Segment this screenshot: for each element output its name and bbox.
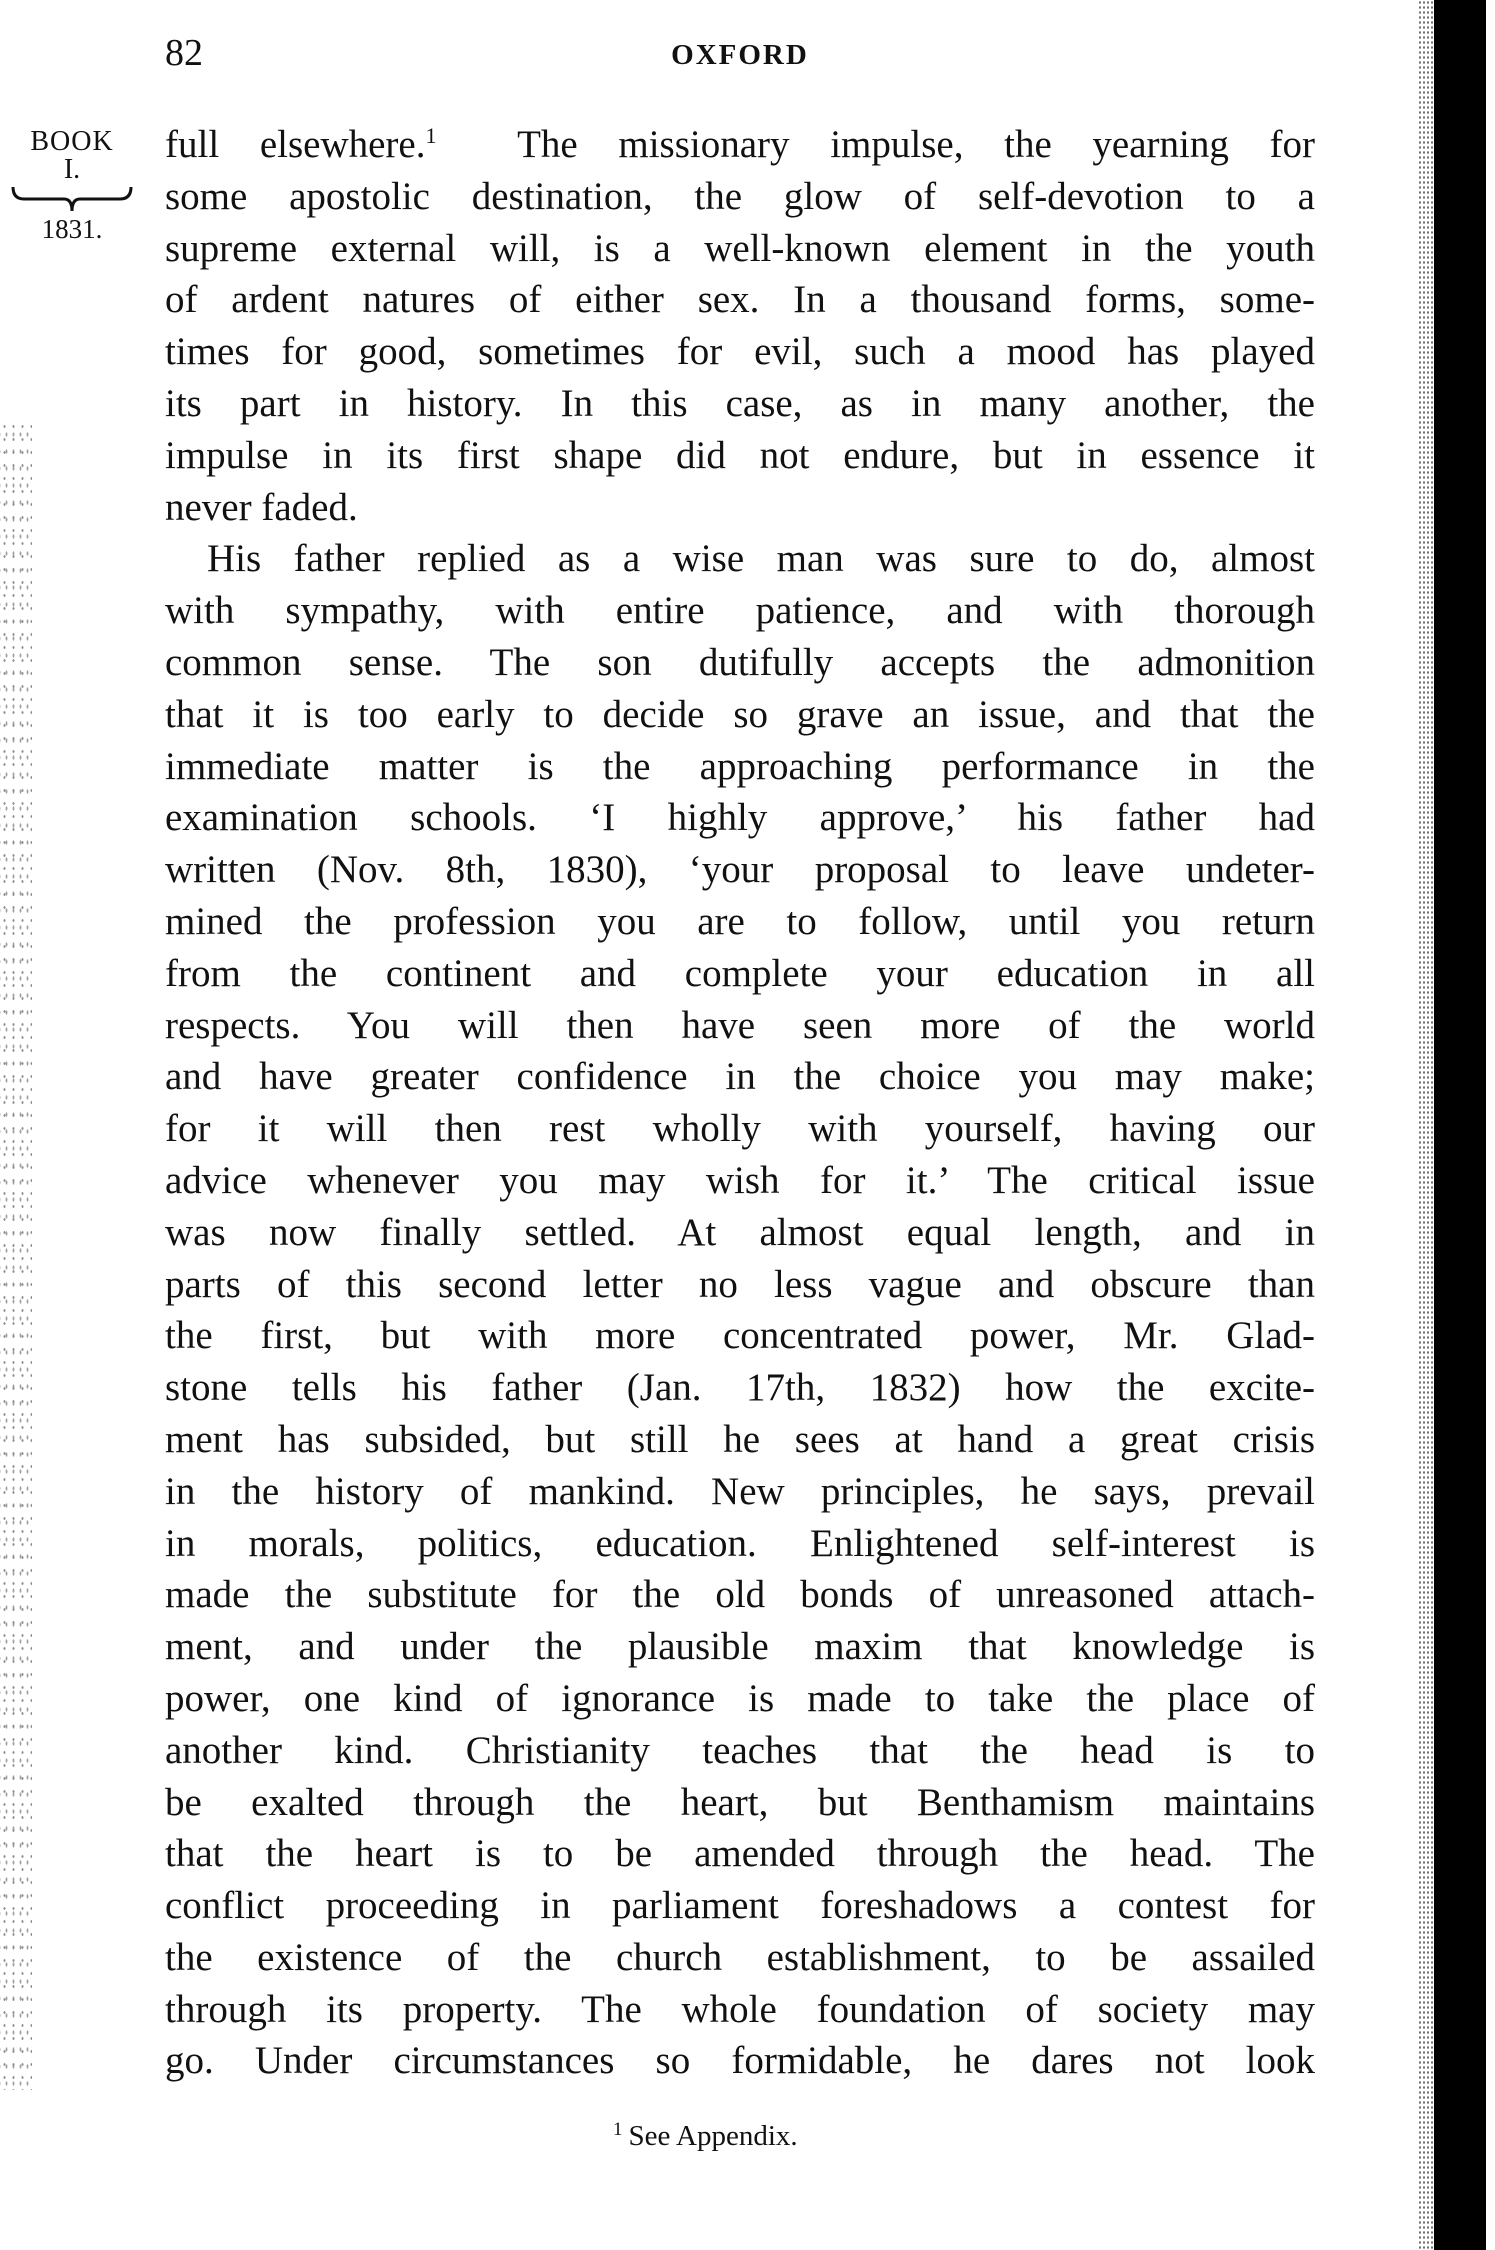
text-line: was now finally settled. At almost equal… bbox=[165, 1207, 1315, 1259]
margin-book-number: I. bbox=[8, 157, 136, 183]
text-line: go. Under circumstances so formidable, h… bbox=[165, 2035, 1315, 2087]
text-line: in morals, politics, education. Enlighte… bbox=[165, 1518, 1315, 1570]
text-line: never faded. bbox=[165, 482, 1315, 534]
running-title: OXFORD bbox=[165, 30, 1315, 80]
text-line: that it is too early to decide so grave … bbox=[165, 689, 1315, 741]
text-line: full elsewhere.1 The missionary impulse,… bbox=[165, 119, 1315, 171]
text-line: that the heart is to be amended through … bbox=[165, 1828, 1315, 1880]
text-line: mined the profession you are to follow, … bbox=[165, 896, 1315, 948]
scan-edge-speckle bbox=[0, 420, 32, 2090]
text-line: written (Nov. 8th, 1830), ‘your proposal… bbox=[165, 844, 1315, 896]
brace-icon bbox=[10, 185, 134, 215]
text-line: common sense. The son dutifully accepts … bbox=[165, 637, 1315, 689]
text-line: some apostolic destination, the glow of … bbox=[165, 171, 1315, 223]
text-line: stone tells his father (Jan. 17th, 1832)… bbox=[165, 1362, 1315, 1414]
margin-note: BOOK I. 1831. bbox=[8, 127, 136, 243]
text-line: supreme external will, is a well-known e… bbox=[165, 223, 1315, 275]
text-line: of ardent natures of either sex. In a th… bbox=[165, 274, 1315, 326]
text-line: the existence of the church establishmen… bbox=[165, 1932, 1315, 1984]
text-line: immediate matter is the approaching perf… bbox=[165, 741, 1315, 793]
text-line: examination schools. ‘I highly approve,’… bbox=[165, 792, 1315, 844]
text-line: be exalted through the heart, but Bentha… bbox=[165, 1777, 1315, 1829]
text-line: advice whenever you may wish for it.’ Th… bbox=[165, 1155, 1315, 1207]
text-line: the first, but with more concentrated po… bbox=[165, 1310, 1315, 1362]
text-line: ment has subsided, but still he sees at … bbox=[165, 1414, 1315, 1466]
text-line-start: full elsewhere. bbox=[165, 123, 425, 166]
running-head: 82 OXFORD bbox=[165, 28, 1315, 78]
text-line: through its property. The whole foundati… bbox=[165, 1984, 1315, 2036]
text-line: from the continent and complete your edu… bbox=[165, 948, 1315, 1000]
scan-page-edge-shadow bbox=[1418, 0, 1490, 2250]
margin-year: 1831. bbox=[8, 215, 136, 243]
text-line: power, one kind of ignorance is made to … bbox=[165, 1673, 1315, 1725]
text-line: made the substitute for the old bonds of… bbox=[165, 1569, 1315, 1621]
text-line: with sympathy, with entire patience, and… bbox=[165, 585, 1315, 637]
text-line: for it will then rest wholly with yourse… bbox=[165, 1103, 1315, 1155]
text-line: ment, and under the plausible maxim that… bbox=[165, 1621, 1315, 1673]
text-line: in the history of mankind. New principle… bbox=[165, 1466, 1315, 1518]
footnote-reference[interactable]: 1 bbox=[425, 123, 436, 148]
text-line: parts of this second letter no less vagu… bbox=[165, 1259, 1315, 1311]
text-line-rest: The missionary impulse, the yearning for bbox=[436, 123, 1315, 166]
body-text: full elsewhere.1 The missionary impulse,… bbox=[165, 119, 1315, 2087]
footnote-text: See Appendix. bbox=[629, 2120, 798, 2152]
text-line: impulse in its first shape did not endur… bbox=[165, 430, 1315, 482]
footnote-content: 1See Appendix. bbox=[613, 2110, 798, 2156]
text-line: His father replied as a wise man was sur… bbox=[165, 533, 1315, 585]
text-line: respects. You will then have seen more o… bbox=[165, 1000, 1315, 1052]
margin-book-label: BOOK bbox=[8, 127, 136, 157]
text-line: another kind. Christianity teaches that … bbox=[165, 1725, 1315, 1777]
book-page: 82 OXFORD BOOK I. 1831. full elsewhere.1… bbox=[0, 0, 1495, 2250]
text-line: conflict proceeding in parliament foresh… bbox=[165, 1880, 1315, 1932]
footnote-mark: 1 bbox=[613, 2119, 623, 2140]
text-line: and have greater confidence in the choic… bbox=[165, 1051, 1315, 1103]
scan-edge-band bbox=[1434, 0, 1486, 2250]
text-line: its part in history. In this case, as in… bbox=[165, 378, 1315, 430]
text-line: times for good, sometimes for evil, such… bbox=[165, 326, 1315, 378]
